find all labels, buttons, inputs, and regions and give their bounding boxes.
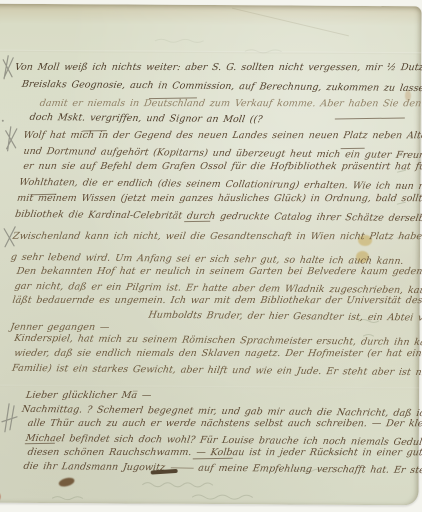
manuscript-line: Den bekannten Hof hat er neulich in sein… — [16, 266, 422, 278]
manuscript-line: Von Moll weiß ich nichts weiter: aber S.… — [14, 62, 422, 74]
manuscript-line: alle Thür auch zu auch er werde nächsten… — [27, 418, 422, 430]
pencil-cross-marks — [0, 56, 19, 432]
manuscript-line: Zwischenland kann ich nicht, weil die Ge… — [12, 231, 422, 243]
manuscript-line: er nun sie auf Befehl dem Grafen Ossol f… — [22, 161, 422, 173]
manuscript-line: doch Mskt. vergriffen, und Signor an Mol… — [29, 112, 263, 126]
letter-scan: Von Moll weiß ich nichts weiter: aber S.… — [0, 0, 422, 512]
manuscript-line: Jenner gegangen — — [10, 322, 111, 333]
manuscript-line: Lieber glücklicher Ma̅ — — [25, 390, 152, 401]
manuscript-line: Wolf hat mich in der Gegend des neuen La… — [23, 130, 422, 142]
manuscript-line: mit meinem Wissen (jetzt mein ganzes häu… — [16, 193, 422, 205]
letter-page-paper: Von Moll weiß ich nichts weiter: aber S.… — [0, 4, 422, 506]
manuscript-line: damit er niemals in Deutschland zum Verk… — [39, 98, 422, 110]
manuscript-line: wieder, daß sie endlich niemals den Skla… — [13, 348, 422, 360]
manuscript-line: läßt bedauernde es ungemein. Ich war mit… — [12, 295, 422, 307]
